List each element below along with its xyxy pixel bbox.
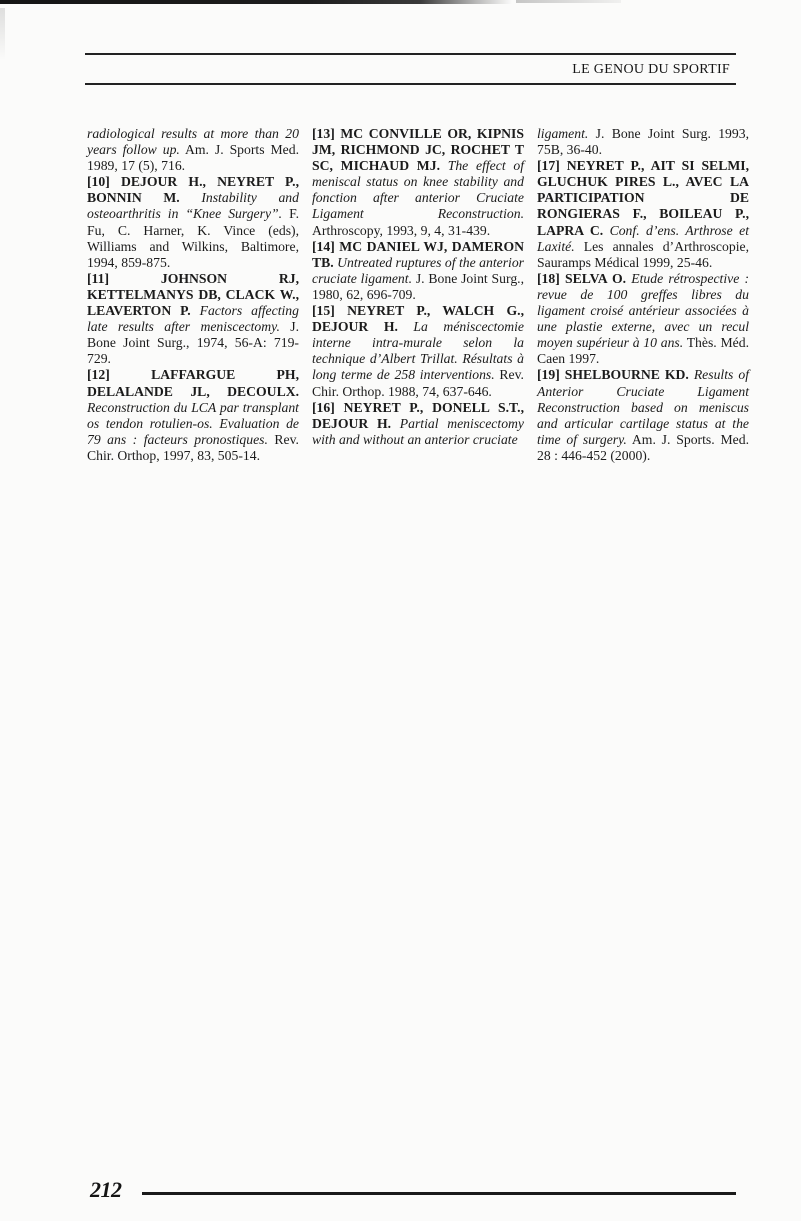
reference-entry: [16] NEYRET P., DONELL S.T., DEJOUR H. P… <box>312 400 524 448</box>
reference-entry: ligament. J. Bone Joint Surg. 1993, 75B,… <box>537 126 749 158</box>
footer-rule <box>142 1192 736 1195</box>
scanned-book-page: LE GENOU DU SPORTIF radiological results… <box>0 0 801 1221</box>
running-head-title: LE GENOU DU SPORTIF <box>85 61 730 79</box>
running-head-rule-bottom <box>85 83 736 85</box>
reference-entry: [17] NEYRET P., AIT SI SELMI, GLUCHUK PI… <box>537 158 749 271</box>
reference-entry: [11] JOHNSON RJ, KETTELMANYS DB, CLACK W… <box>87 271 299 368</box>
reference-entry: [15] NEYRET P., WALCH G., DEJOUR H. La m… <box>312 303 524 400</box>
references-section: radiological results at more than 20 yea… <box>87 126 749 464</box>
scan-artifact-top-edge <box>0 0 512 4</box>
reference-column: ligament. J. Bone Joint Surg. 1993, 75B,… <box>537 126 749 464</box>
reference-entry: [13] MC CONVILLE OR, KIPNIS JM, RICHMOND… <box>312 126 524 239</box>
reference-text-run-italic: ligament. <box>537 126 588 141</box>
page-number: 212 <box>90 1178 122 1202</box>
reference-column: [13] MC CONVILLE OR, KIPNIS JM, RICHMOND… <box>312 126 524 464</box>
running-head-rule-top <box>85 53 736 55</box>
reference-column: radiological results at more than 20 yea… <box>87 126 299 464</box>
reference-entry: radiological results at more than 20 yea… <box>87 126 299 174</box>
reference-text-run-bold: [19] SHELBOURNE KD. <box>537 367 689 382</box>
reference-text-run-bold: [18] SELVA O. <box>537 271 626 286</box>
reference-entry: [12] LAFFARGUE PH, DELALANDE JL, DECOULX… <box>87 367 299 464</box>
reference-entry: [10] DEJOUR H., NEYRET P., BONNIN M. Ins… <box>87 174 299 271</box>
reference-entry: [18] SELVA O. Etude rétrospective : revu… <box>537 271 749 368</box>
reference-entry: [14] MC DANIEL WJ, DAMERON TB. Untreated… <box>312 239 524 303</box>
scan-artifact-left-edge <box>0 8 5 60</box>
reference-text-run-roman: Arthroscopy, 1993, 9, 4, 31-439. <box>312 223 490 238</box>
reference-text-run-bold: [12] LAFFARGUE PH, DELALANDE JL, DECOULX… <box>87 367 299 398</box>
scan-artifact-top-smudge <box>516 0 621 3</box>
reference-entry: [19] SHELBOURNE KD. Results of Anterior … <box>537 367 749 464</box>
